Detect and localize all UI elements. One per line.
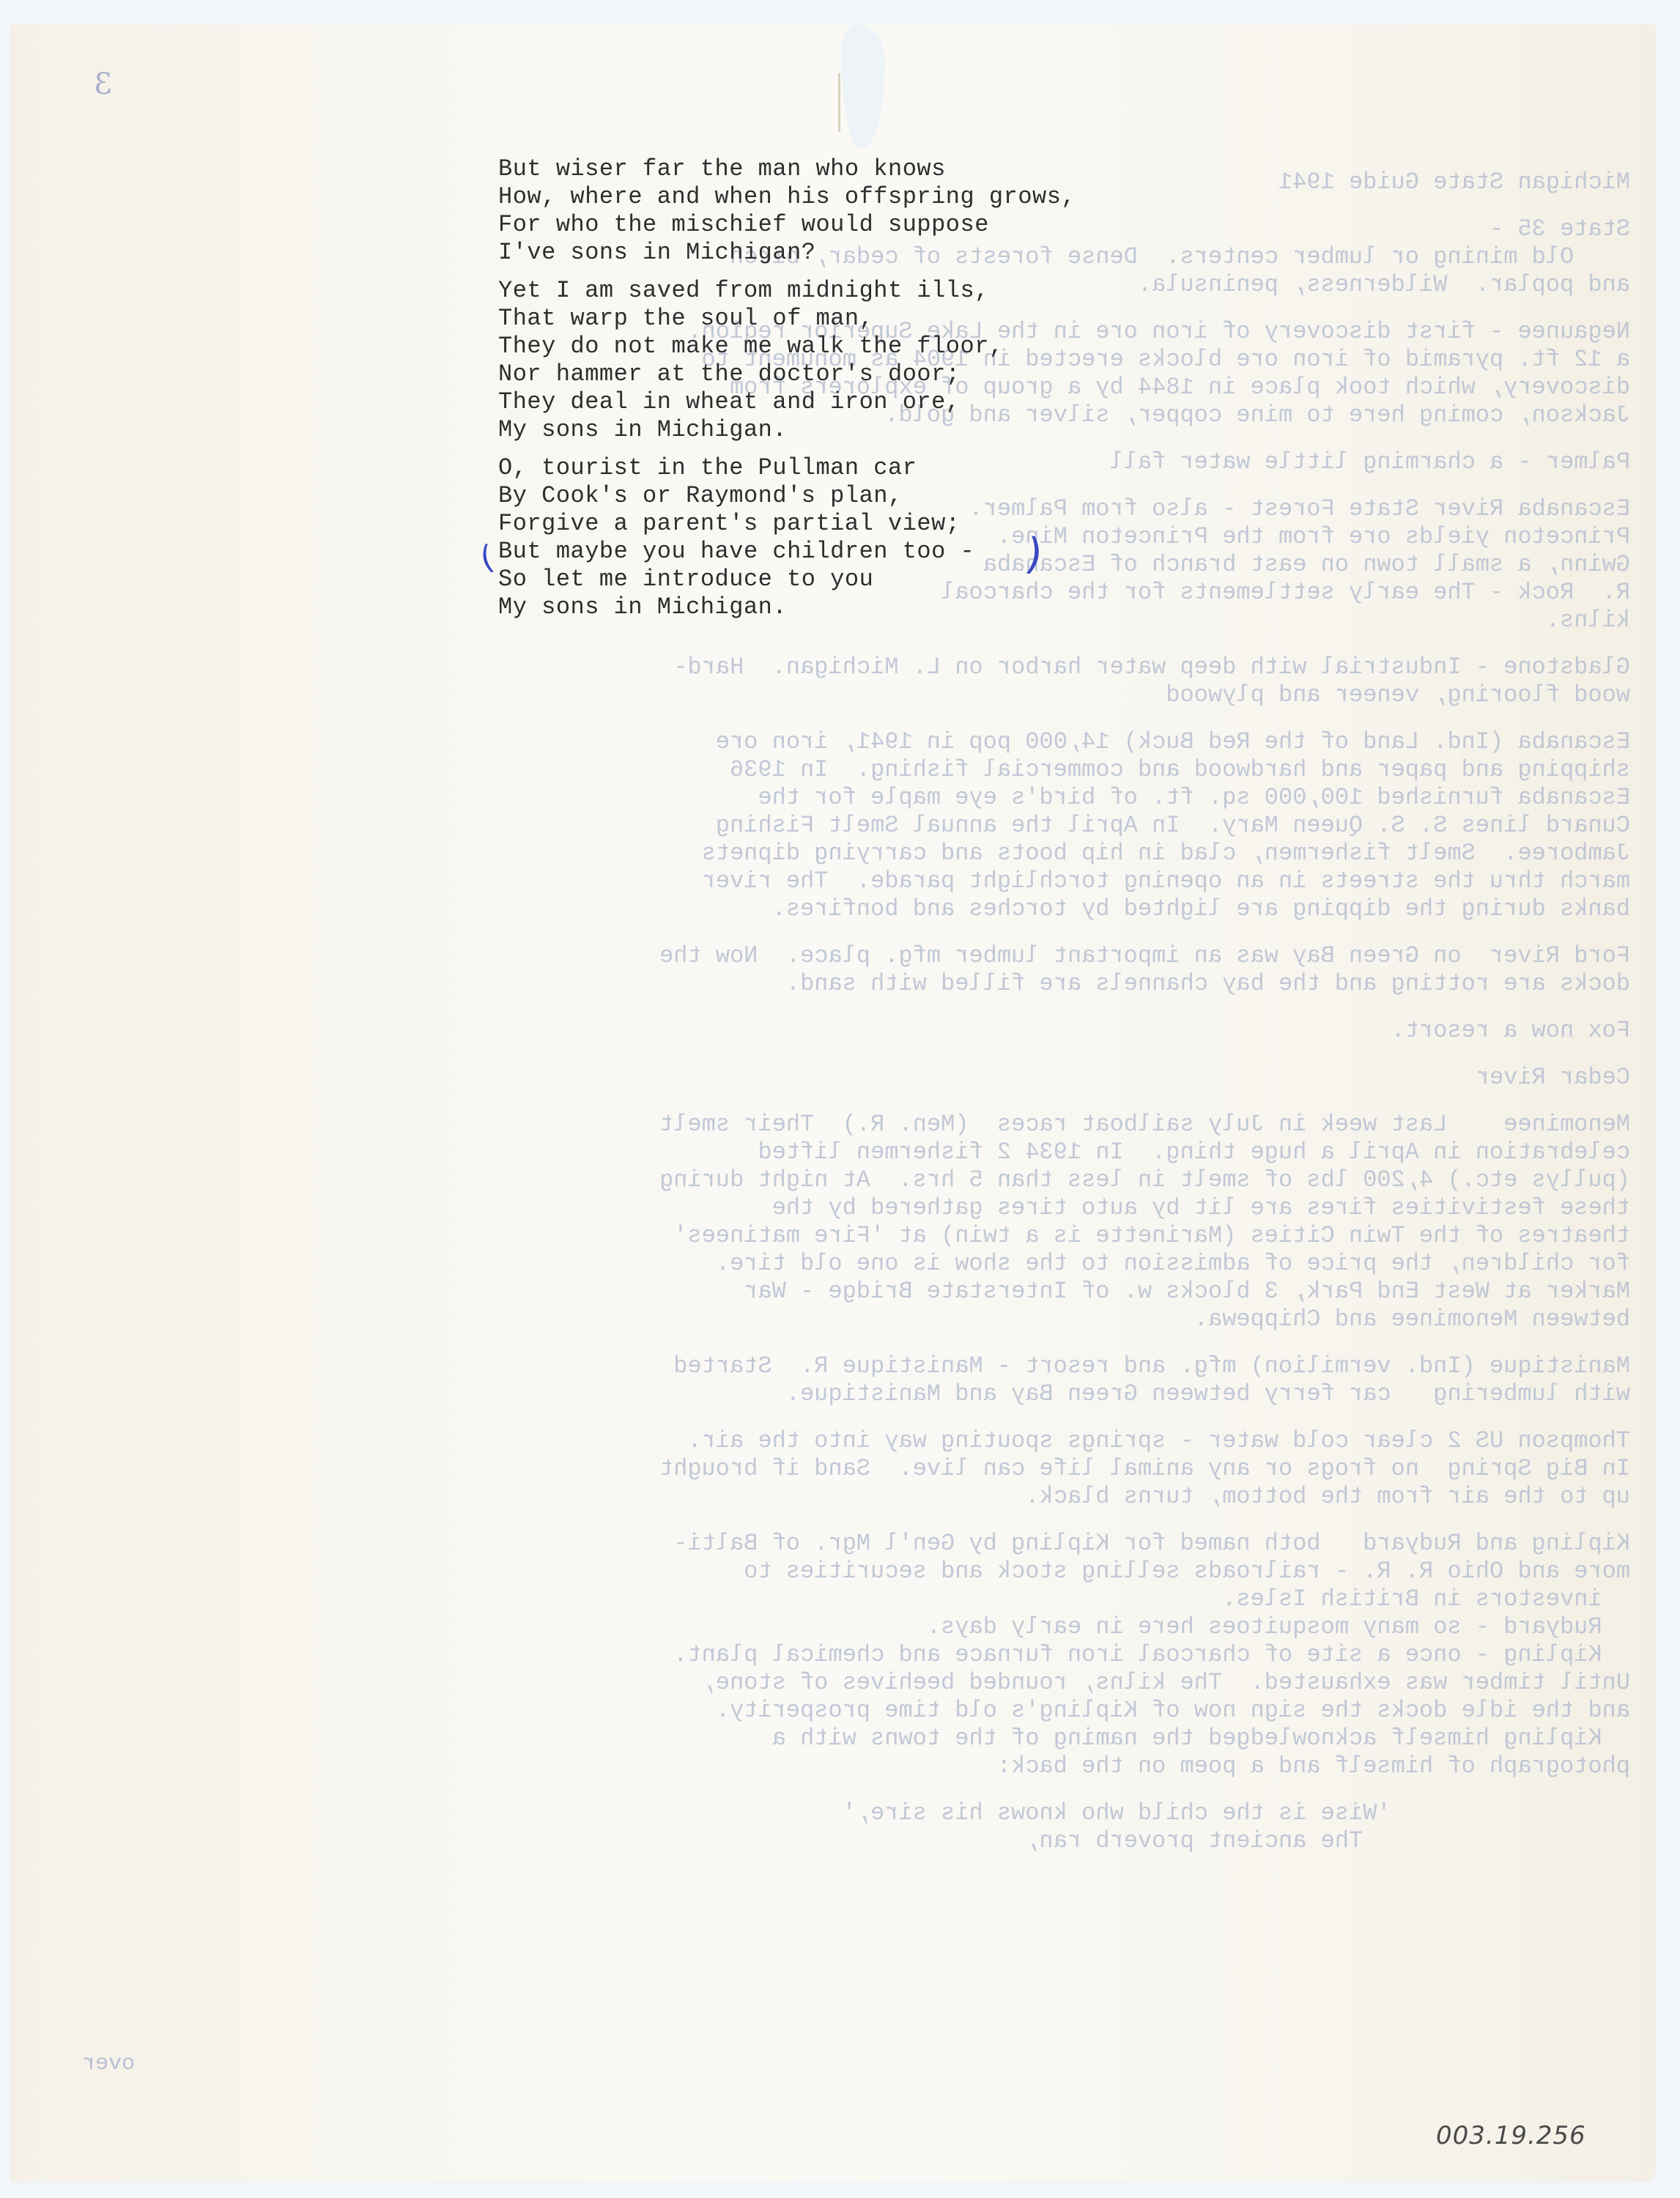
bleed-through-line: banks during the dipping are lighted by …: [70, 895, 1630, 923]
bleed-through-line: shipping and paper and hardwood and comm…: [70, 756, 1630, 784]
bleed-through-line: Kipling - once a site of charcoal iron f…: [70, 1641, 1630, 1669]
bleed-through-line: celebration in April a huge thing. In 19…: [70, 1139, 1630, 1166]
poem-line: Yet I am saved from midnight ills,: [498, 277, 1076, 305]
bleed-through-line: wood flooring, veneer and plywood: [70, 681, 1630, 709]
bleed-through-line: Cunard lines S. S. Queen Mary. In April …: [70, 812, 1630, 840]
bleed-through-line: up to the air from the bottom, turns bla…: [70, 1483, 1630, 1511]
bleed-through-line: photograph of himself and a poem on the …: [70, 1753, 1630, 1780]
bleed-through-line: Kipling himself acknowledged the naming …: [70, 1725, 1630, 1753]
bleed-through-line: Rudyard - so many mosquitoes here in ear…: [70, 1613, 1630, 1641]
poem-line: O, tourist in the Pullman car: [498, 454, 1076, 482]
bleed-through-line: Jamboree. Smelt fishermen, clad in hip b…: [70, 840, 1630, 867]
bleed-through-line: Kipling and Rudyard both named for Kipli…: [70, 1530, 1630, 1558]
bleed-through-line: Escanaba (Ind. Land of the Red Buck) 14,…: [70, 728, 1630, 756]
bleed-through-line: (pullys etc.) 4,200 lbs of smelt in less…: [70, 1166, 1630, 1194]
poem-line: They deal in wheat and iron ore,: [498, 388, 1076, 416]
bleed-through-line: Escanaba furnished 100,000 sq. ft. of bi…: [70, 784, 1630, 812]
bleed-through-over-note: over: [82, 2051, 135, 2076]
bleed-through-paragraph: Ford River on Green Bay was an important…: [70, 942, 1630, 998]
bleed-through-line: investors in British Isles.: [70, 1585, 1630, 1613]
bleed-through-paragraph: Fox now a resort.: [70, 1017, 1630, 1045]
catalog-number: 003.19.256: [1436, 2121, 1586, 2150]
bleed-through-paragraph: Kipling and Rudyard both named for Kipli…: [70, 1530, 1630, 1780]
bleed-through-line: Manistique (Ind. vermilion) mfg. and res…: [70, 1353, 1630, 1380]
poem-line: I've sons in Michigan?: [498, 239, 1076, 267]
poem-line: Forgive a parent's partial view;: [498, 510, 1076, 538]
bleed-through-paragraph: Escanaba (Ind. Land of the Red Buck) 14,…: [70, 728, 1630, 923]
bleed-through-line: Gladstone - Industrial with deep water h…: [70, 654, 1630, 681]
bleed-through-line: and the idle docks the sign now of Kipli…: [70, 1697, 1630, 1725]
poem-line: So let me introduce to you: [498, 566, 1076, 593]
bleed-through-line: with lumbering car ferry between Green B…: [70, 1380, 1630, 1408]
poem-stanza: Yet I am saved from midnight ills,That w…: [498, 277, 1076, 444]
paper-tear-edge: [838, 73, 840, 132]
bleed-through-line: 'Wise is the child who knows his sire,': [70, 1799, 1630, 1827]
poem-line: My sons in Michigan.: [498, 416, 1076, 444]
bleed-through-line: Marker at West End Park, 3 blocks w. of …: [70, 1278, 1630, 1306]
bleed-through-line: march thru the streets in an opening tor…: [70, 867, 1630, 895]
poem-line: For who the mischief would suppose: [498, 211, 1076, 239]
bleed-through-line: Menominee Last week in July sailboat rac…: [70, 1111, 1630, 1139]
bleed-through-paragraph: 'Wise is the child who knows his sire,' …: [70, 1799, 1630, 1855]
poem-stanza: O, tourist in the Pullman carBy Cook's o…: [498, 454, 1076, 621]
bleed-through-paragraph: Cedar River: [70, 1064, 1630, 1092]
poem-line: They do not make me walk the floor,: [498, 333, 1076, 360]
poem-line: But wiser far the man who knows: [498, 155, 1076, 183]
bleed-through-line: Cedar River: [70, 1064, 1630, 1092]
bleed-through-line: for children, the price of admission to …: [70, 1250, 1630, 1278]
bleed-through-line: Thompson US 2 clear cold water - springs…: [70, 1427, 1630, 1455]
bleed-through-line: docks are rotting and the bay channels a…: [70, 970, 1630, 998]
poem-stanza: But wiser far the man who knowsHow, wher…: [498, 155, 1076, 267]
bleed-through-line: theatres of the Twin Cities (Marinette i…: [70, 1222, 1630, 1250]
bleed-through-line: between Menominee and Chippewa.: [70, 1306, 1630, 1333]
bleed-through-paragraph: Manistique (Ind. vermilion) mfg. and res…: [70, 1353, 1630, 1408]
bleed-through-line: Ford River on Green Bay was an important…: [70, 942, 1630, 970]
poem-line: But maybe you have children too -: [498, 538, 1076, 566]
bleed-through-paragraph: Thompson US 2 clear cold water - springs…: [70, 1427, 1630, 1511]
bleed-through-line: these festivities fires are lit by auto …: [70, 1194, 1630, 1222]
poem-line: My sons in Michigan.: [498, 593, 1076, 621]
poem-line: By Cook's or Raymond's plan,: [498, 482, 1076, 510]
poem: But wiser far the man who knowsHow, wher…: [498, 155, 1076, 632]
bleed-through-line: In Big Spring no frogs or any animal lif…: [70, 1455, 1630, 1483]
bleed-through-paragraph: Menominee Last week in July sailboat rac…: [70, 1111, 1630, 1333]
poem-line: How, where and when his offspring grows,: [498, 183, 1076, 211]
poem-line: That warp the soul of man,: [498, 305, 1076, 333]
poem-line: Nor hammer at the doctor's door;: [498, 360, 1076, 388]
page-number-mark: 3: [94, 67, 112, 101]
bleed-through-line: The ancient proverb ran,: [70, 1827, 1630, 1855]
bleed-through-line: Until timber was exhausted. The kilns, r…: [70, 1669, 1630, 1697]
bleed-through-line: Fox now a resort.: [70, 1017, 1630, 1045]
bleed-through-line: more and Ohio R. R. - railroads selling …: [70, 1558, 1630, 1585]
bleed-through-paragraph: Gladstone - Industrial with deep water h…: [70, 654, 1630, 709]
